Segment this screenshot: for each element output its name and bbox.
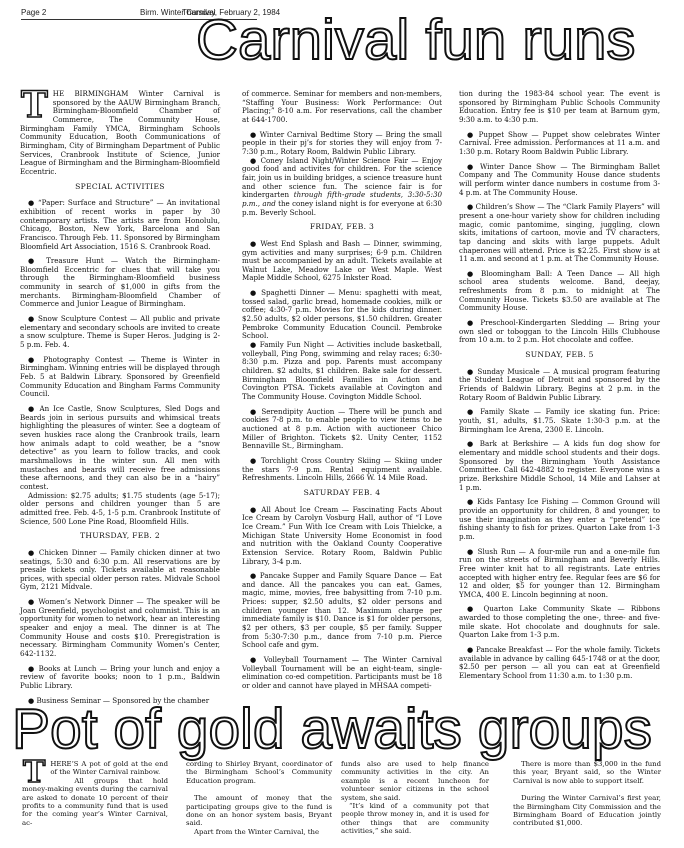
item-breakfast: ● Pancake Breakfast — For the whole fami… xyxy=(459,646,660,681)
item-volleyball: ● Volleyball Tournament — The Winter Car… xyxy=(242,656,442,691)
article2-column-3: funds also are used to help finance comm… xyxy=(341,760,489,842)
article1-column-1: THE BIRMINGHAM Winter Carnival is sponso… xyxy=(20,90,220,711)
item-torchlight: ● Torchlight Cross Country Skiing — Skii… xyxy=(242,457,442,483)
item-ball: ● Bloomingham Ball: A Teen Dance — All h… xyxy=(459,270,660,313)
item-admission: Admission: $2.75 adults; $1.75 students … xyxy=(20,492,220,527)
item-books: ● Books at Lunch — Bring your lunch and … xyxy=(20,665,220,691)
article2-p2-cont: cording to Shirley Bryant, coordinator o… xyxy=(186,760,332,785)
item-serendipity: ● Serendipity Auction — There will be pu… xyxy=(242,408,442,451)
item-sledding: ● Preschool-Kindergarten Sledding — Brin… xyxy=(459,319,660,345)
section-heading-sunday: SUNDAY, FEB. 5 xyxy=(459,351,660,360)
section-heading-thursday: THURSDAY, FEB. 2 xyxy=(20,532,220,541)
article2-column-1: THERE’S A pot of gold at the end of the … xyxy=(22,760,168,833)
item-volleyball-cont: tion during the 1983-84 school year. The… xyxy=(459,90,660,125)
item-coney: ● Coney Island Night/Winter Science Fair… xyxy=(242,157,442,218)
drop-cap: T xyxy=(22,761,46,785)
item-funnight: ● Family Fun Night — Activities include … xyxy=(242,341,442,402)
item-treasure: ● Treasure Hunt — Watch the Birmingham-B… xyxy=(20,257,220,309)
item-photo: ● Photography Contest — Theme is Winter … xyxy=(20,356,220,399)
item-business-cont: of commerce. Seminar for members and non… xyxy=(242,90,442,125)
article2-p6: There is more than $3,000 in the fund th… xyxy=(513,760,661,785)
item-bark: ● Bark at Berkshire — A kids fun dog sho… xyxy=(459,440,660,492)
item-womens: ● Women’s Network Dinner — The speaker w… xyxy=(20,598,220,659)
article2-p4-cont: funds also are used to help finance comm… xyxy=(341,760,489,802)
item-chicken: ● Chicken Dinner — Family chicken dinner… xyxy=(20,549,220,592)
item-westend: ● West End Splash and Bash — Dinner, swi… xyxy=(242,240,442,283)
item-paper: ● “Paper: Surface and Structure” — An in… xyxy=(20,199,220,251)
article2-column-4: There is more than $3,000 in the fund th… xyxy=(513,760,661,834)
item-skate: ● Family Skate — Family ice skating fun.… xyxy=(459,408,660,434)
section-heading-special: SPECIAL ACTIVITIES xyxy=(20,183,220,192)
item-dance: ● Winter Dance Show — The Birmingham Bal… xyxy=(459,163,660,198)
item-puppet: ● Puppet Show — Puppet show celebrates W… xyxy=(459,131,660,157)
section-heading-saturday: SATURDAY FEB. 4 xyxy=(242,489,442,498)
article2-p5: “It’s kind of a community pot that peopl… xyxy=(341,802,489,836)
article2-column-2: cording to Shirley Bryant, coordinator o… xyxy=(186,760,332,842)
item-slush: ● Slush Run — A four-mile run and a one-… xyxy=(459,548,660,600)
headline-carnival-fun-runs: Carnival fun runs xyxy=(196,12,635,69)
item-pancake: ● Pancake Supper and Family Square Dance… xyxy=(242,572,442,650)
item-icecream: ● All About Ice Cream — Fascinating Fact… xyxy=(242,506,442,567)
article2-p4: Apart from the Winter Carnival, the xyxy=(186,828,332,836)
item-bedtime: ● Winter Carnival Bedtime Story — Bring … xyxy=(242,131,442,157)
item-children: ● Children’s Show — The “Clark Family Pl… xyxy=(459,203,660,264)
article2-p3: The amount of money that the participati… xyxy=(186,794,332,828)
drop-cap: T xyxy=(20,91,49,119)
article1-column-3: tion during the 1983-84 school year. The… xyxy=(459,90,660,687)
article2-p2: All groups that hold money-making events… xyxy=(22,777,168,827)
headline-pot-of-gold: Pot of gold awaits groups xyxy=(12,701,652,758)
item-spaghetti: ● Spaghetti Dinner — Menu: spaghetti wit… xyxy=(242,289,442,341)
article1-column-2: of commerce. Seminar for members and non… xyxy=(242,90,442,697)
section-heading-friday: FRIDAY, FEB. 3 xyxy=(242,223,442,232)
intro-paragraph: THE BIRMINGHAM Winter Carnival is sponso… xyxy=(20,90,220,177)
article2-p7: During the Winter Carnival’s first year,… xyxy=(513,794,661,828)
item-icecastle: ● An Ice Castle, Snow Sculptures, Sled D… xyxy=(20,405,220,492)
item-musicale: ● Sunday Musicale — A musical program fe… xyxy=(459,368,660,403)
item-snow: ● Snow Sculpture Contest — All public an… xyxy=(20,315,220,350)
article2-p1: THERE’S A pot of gold at the end of the … xyxy=(22,760,168,777)
page-number: Page 2 xyxy=(21,8,46,17)
item-fishing: ● Kids Fantasy Ice Fishing — Common Grou… xyxy=(459,498,660,541)
item-quarton: ● Quarton Lake Community Skate — Ribbons… xyxy=(459,605,660,640)
